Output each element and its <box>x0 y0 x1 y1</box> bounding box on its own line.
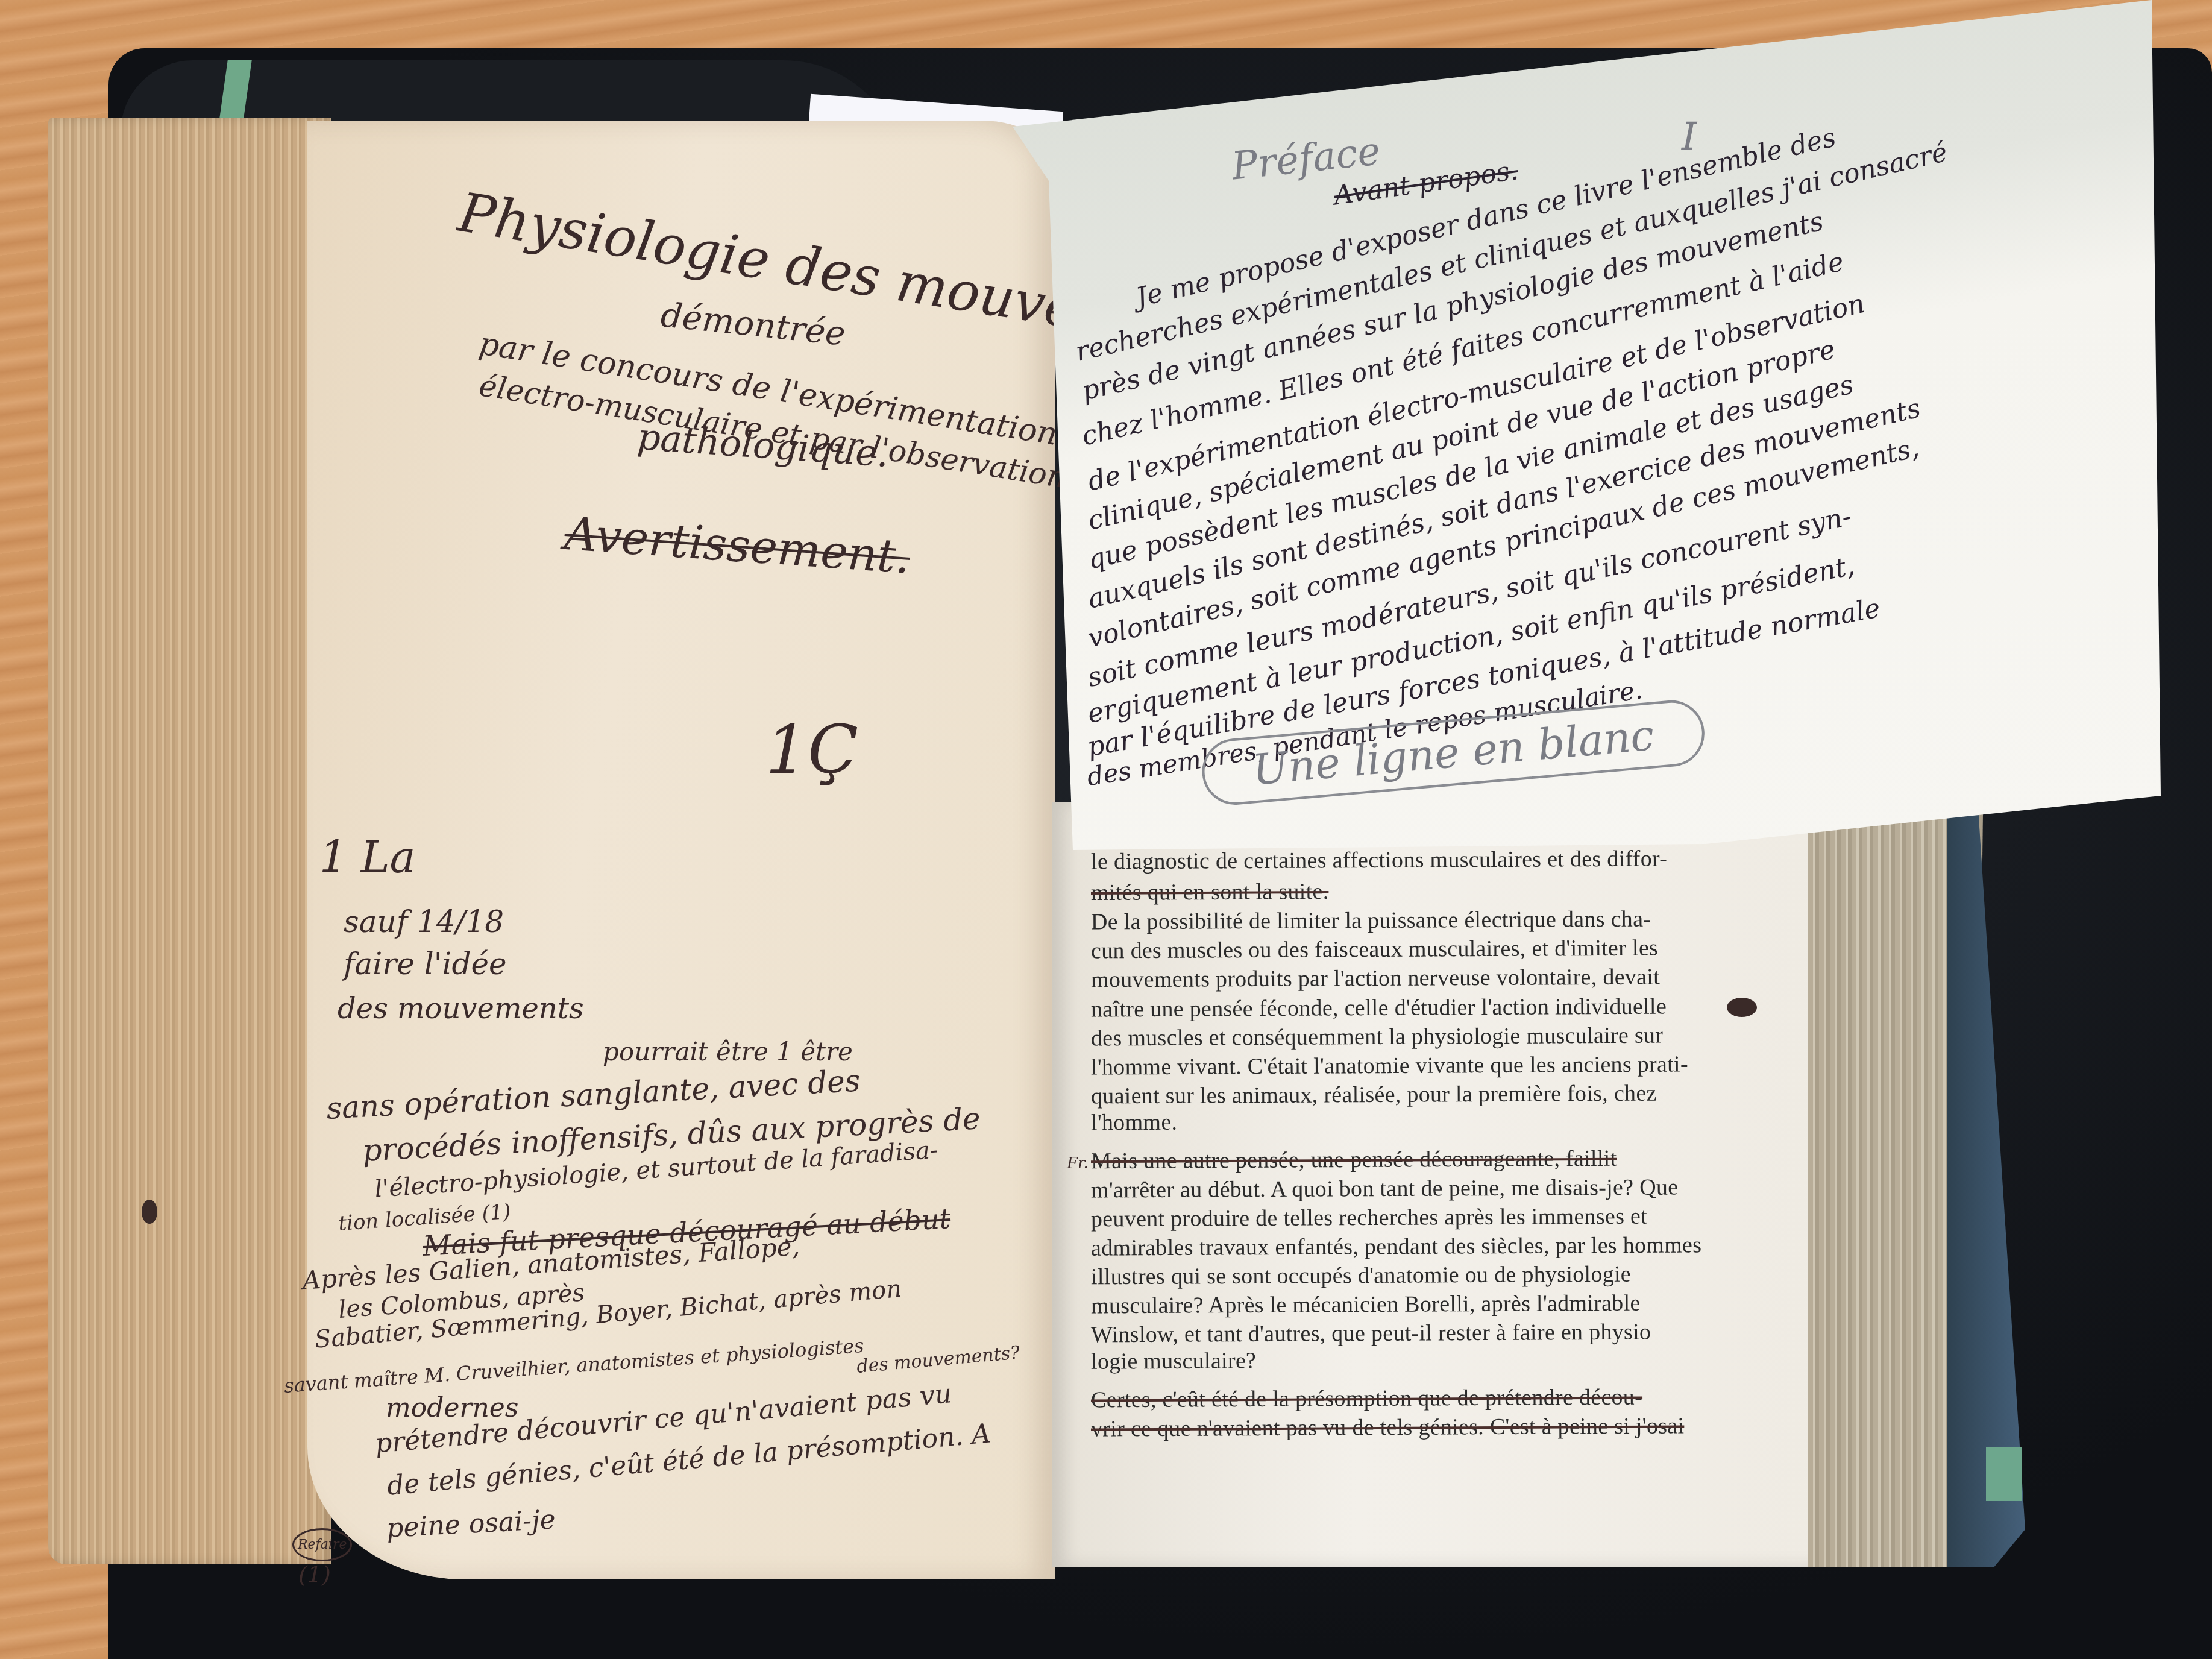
note-line: faire l'idée <box>344 946 507 981</box>
print-line: peuvent produire de telles recherches ap… <box>1091 1203 1647 1233</box>
print-line: De la possibilité de limiter la puissanc… <box>1091 906 1651 936</box>
print-line: l'homme. <box>1091 1109 1178 1136</box>
print-line: naître une pensée féconde, celle d'étudi… <box>1091 993 1667 1023</box>
print-line: Winslow, et tant d'autres, que peut-il r… <box>1091 1319 1651 1349</box>
note-line: pourrait être 1 être <box>603 1037 853 1066</box>
footnote-circle-note: Refaire <box>292 1528 352 1561</box>
print-line: quaient sur les animaux, réalisée, pour … <box>1091 1080 1657 1110</box>
print-line-struck: Mais une autre pensée, une pensée décour… <box>1091 1145 1617 1175</box>
note-la: 1 La <box>319 832 415 883</box>
print-line: musculaire? Après le mécanicien Borelli,… <box>1091 1290 1641 1320</box>
print-line-struck: Certes, c'eût été de la présomption que … <box>1091 1384 1642 1414</box>
note-line: sauf 14/18 <box>344 904 504 939</box>
print-line: admirables travaux enfantés, pendant des… <box>1091 1232 1701 1261</box>
cover-green-corner <box>1986 1447 2022 1501</box>
print-line: l'homme vivant. C'était l'anatomie vivan… <box>1091 1051 1688 1080</box>
sheet-page-number: I <box>1682 115 1697 159</box>
print-line: des muscles et conséquemment la physiolo… <box>1091 1022 1663 1052</box>
print-line: le diagnostic de certaines affections mu… <box>1091 845 1667 875</box>
ink-stain <box>142 1200 157 1224</box>
print-line: cun des muscles ou des faisceaux muscula… <box>1091 935 1658 965</box>
page-mark: 1Ç <box>765 711 858 789</box>
print-line-struck: mités qui en sont la suite. <box>1091 878 1329 906</box>
footnote-marker: (1) <box>298 1561 331 1588</box>
print-line: illustres qui se sont occupés d'anatomie… <box>1091 1261 1631 1291</box>
print-line-struck: vrir ce que n'avaient pas vu de tels gén… <box>1091 1412 1685 1442</box>
margin-note-fr: Fr. <box>1067 1154 1089 1173</box>
print-line: m'arrêter au début. A quoi bon tant de p… <box>1091 1174 1679 1203</box>
left-page-edges <box>48 118 331 1564</box>
note-line: des mouvements <box>338 992 584 1025</box>
ink-blot <box>1727 998 1757 1017</box>
print-line: logie musculaire? <box>1091 1347 1256 1374</box>
print-line: mouvements produits par l'action nerveus… <box>1091 964 1660 993</box>
